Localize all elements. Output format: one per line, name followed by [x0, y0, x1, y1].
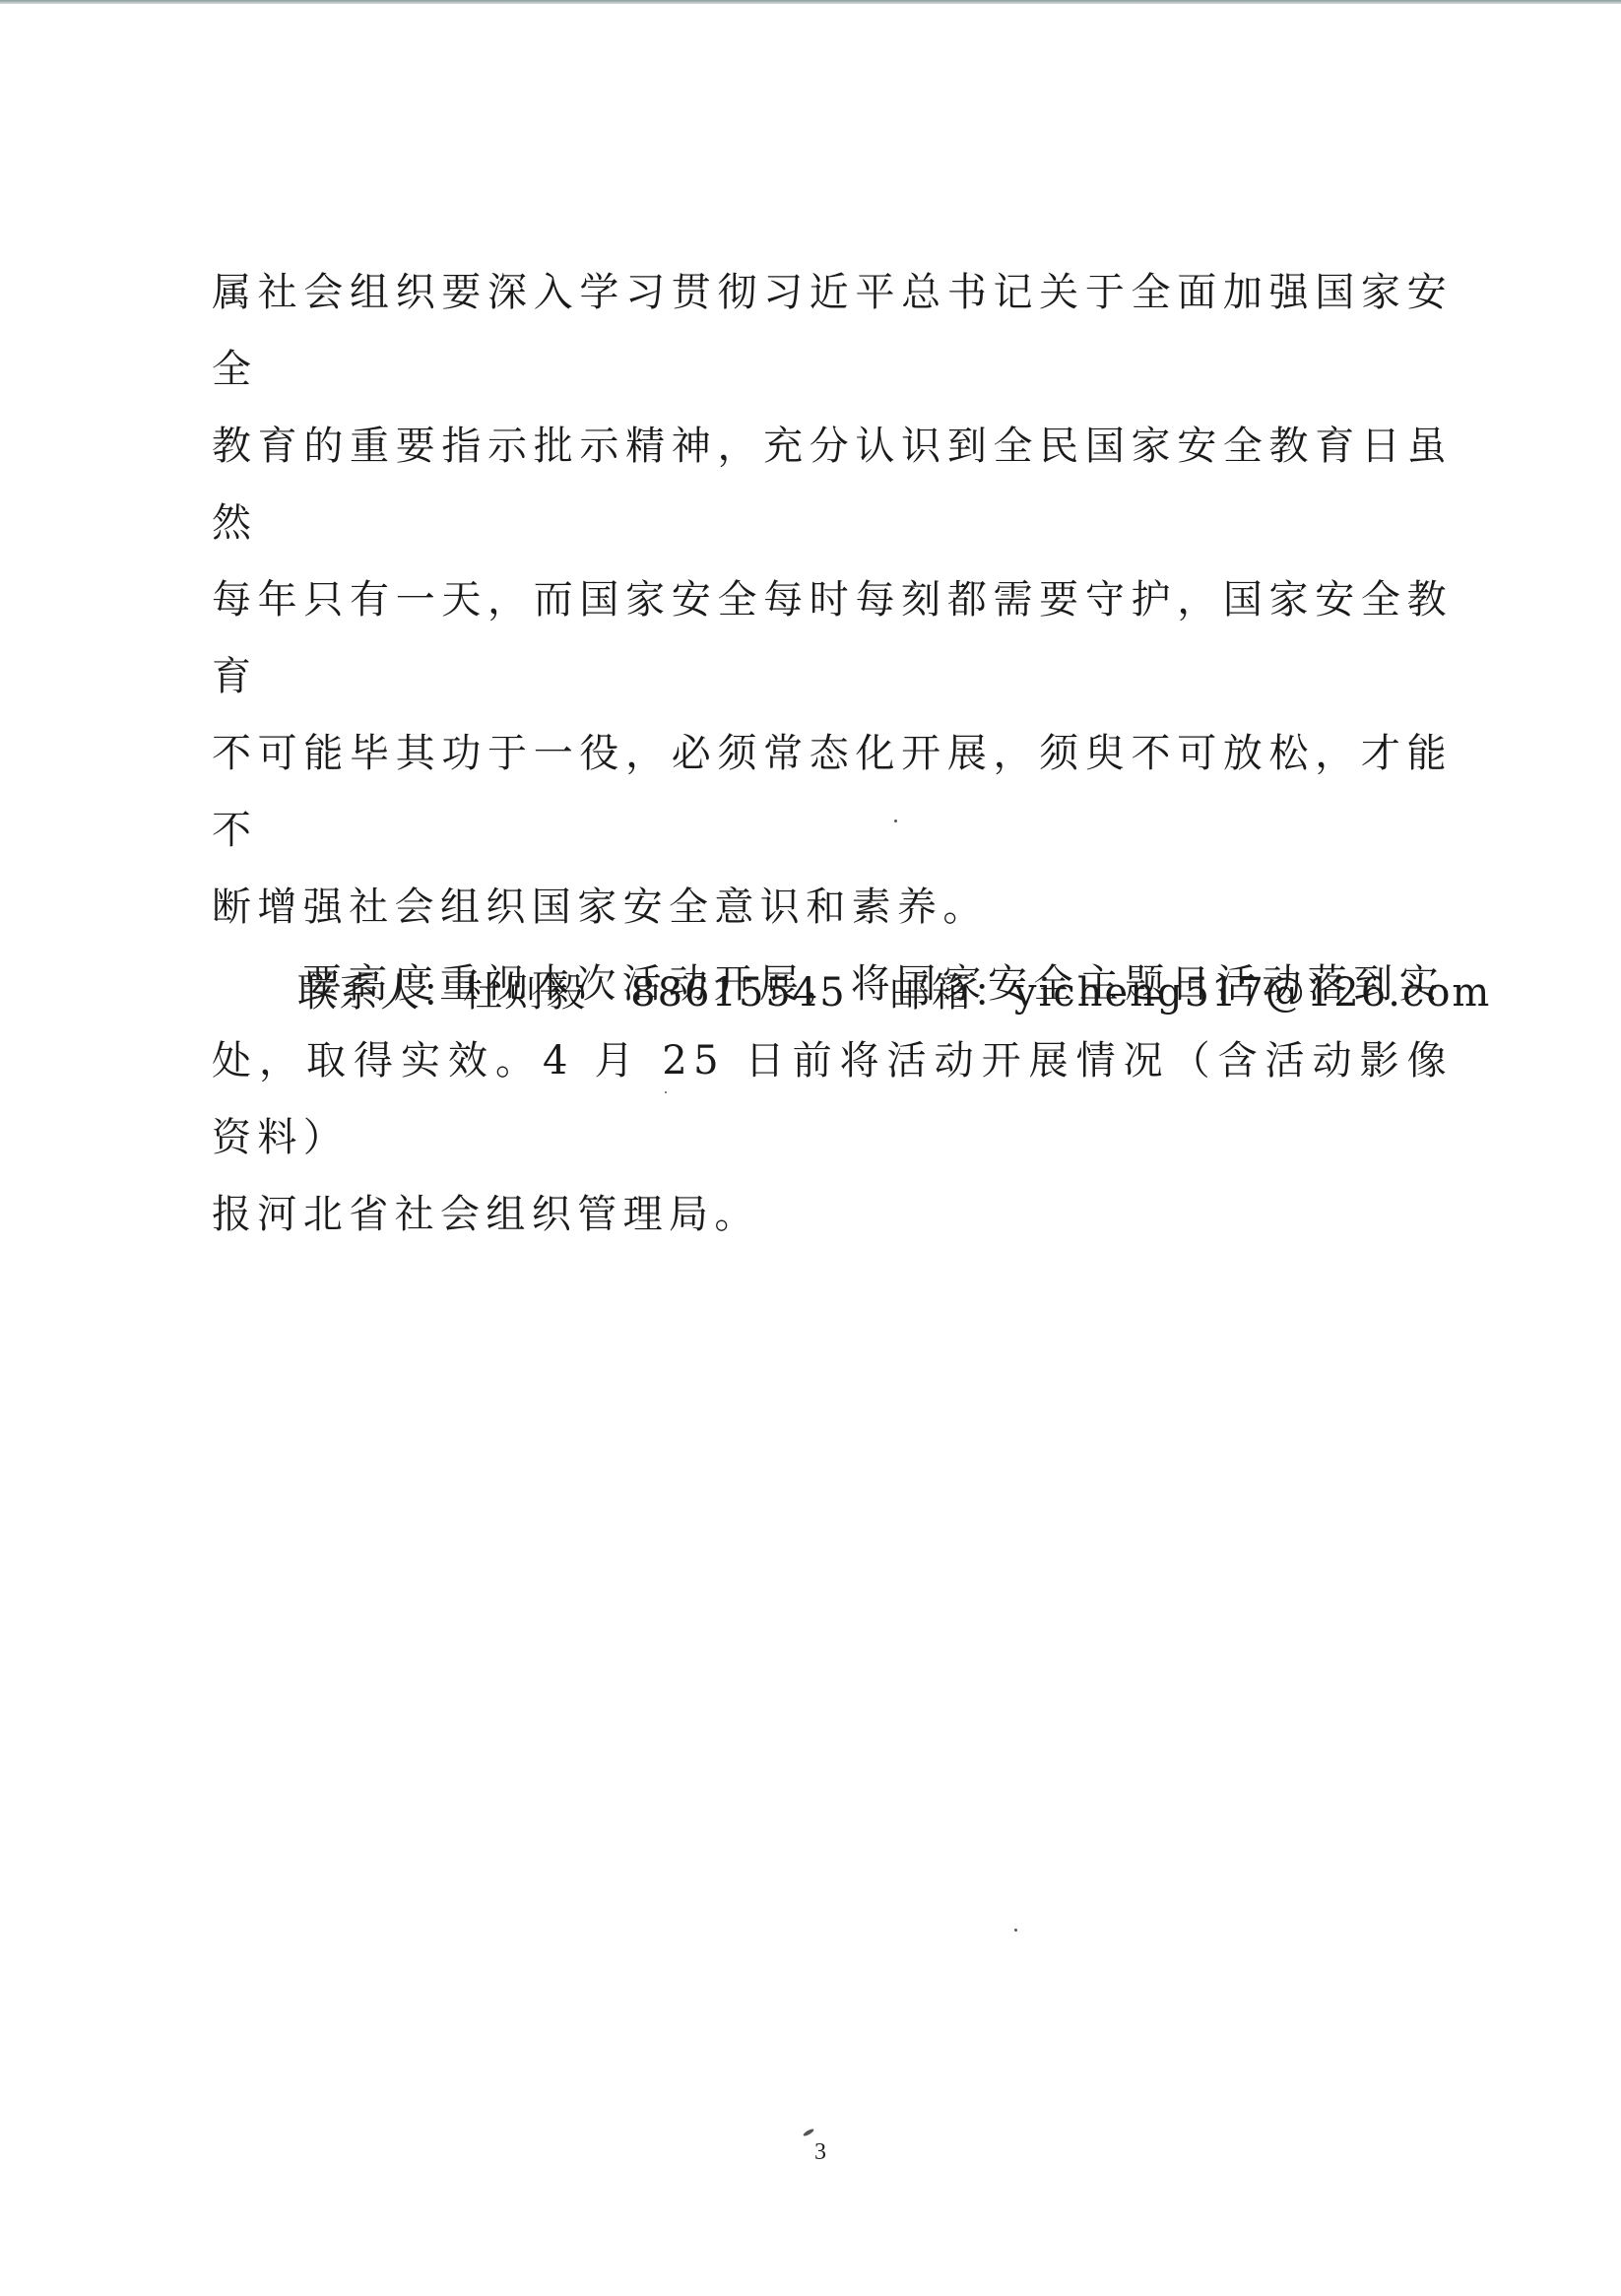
text-line: 每年只有一天，而国家安全每时每刻都需要守护，国家安全教育: [212, 561, 1453, 715]
page-number: 3: [814, 2139, 826, 2166]
email-label: 邮箱：: [890, 970, 1014, 1016]
contact-email: yicheng517@126.com: [1014, 970, 1491, 1016]
text-line: 教育的重要指示批示精神，充分认识到全民国家安全教育日虽然: [212, 408, 1453, 561]
text-line: 不可能毕其功于一役，必须常态化开展，须臾不可放松，才能不: [212, 715, 1453, 869]
text-line: 报河北省社会组织管理局。: [212, 1176, 1453, 1253]
scan-speck: [665, 1091, 667, 1093]
contact-name: 杜则毅: [463, 970, 587, 1016]
scan-speck: [894, 820, 897, 822]
document-body: 属社会组织要深入学习贯彻习近平总书记关于全面加强国家安全 教育的重要指示批示精神…: [212, 254, 1453, 1253]
scan-edge: [0, 0, 1621, 4]
text-line: 断增强社会组织国家安全意识和素养。: [212, 869, 1453, 946]
scan-speck: [1014, 1929, 1017, 1932]
text-line: 处，取得实效。4 月 25 日前将活动开展情况（含活动影像资料）: [212, 1022, 1453, 1176]
paragraph-1: 属社会组织要深入学习贯彻习近平总书记关于全面加强国家安全 教育的重要指示批示精神…: [212, 254, 1453, 946]
scan-speck: [803, 2128, 814, 2136]
contact-line: 联系人：杜则毅 88615545 邮箱：yicheng517@126.com: [297, 963, 1491, 1022]
contact-phone: 88615545: [630, 970, 847, 1016]
text-line: 属社会组织要深入学习贯彻习近平总书记关于全面加强国家安全: [212, 254, 1453, 408]
contact-label: 联系人：: [297, 970, 463, 1016]
